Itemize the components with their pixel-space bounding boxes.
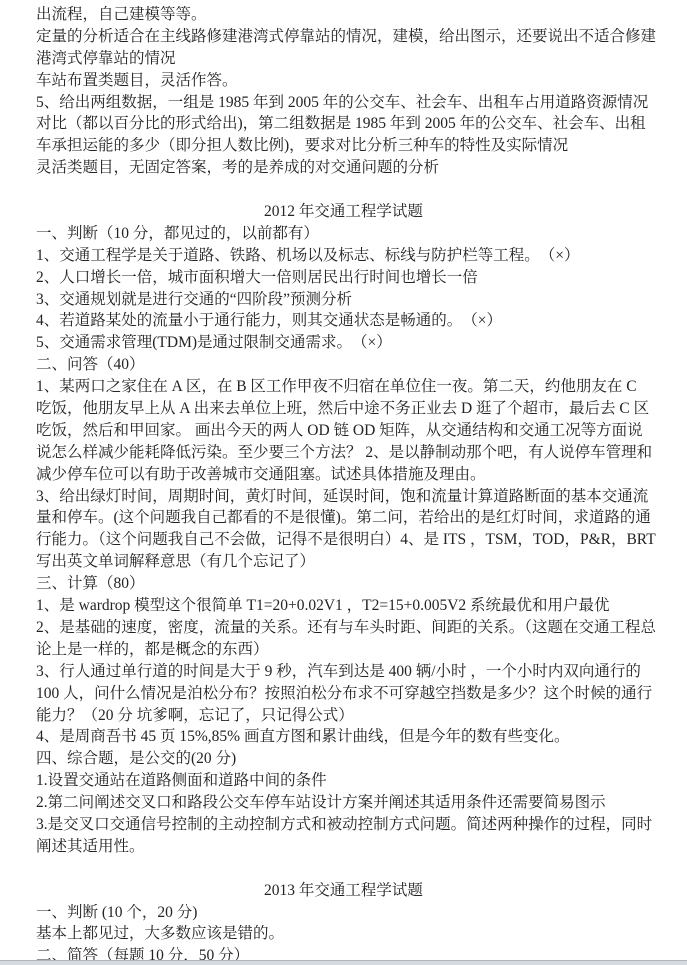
text-line: 量和停车。(这个问题我自己都看的不是很懂)。第二问，若给出的是红灯时间，求道路的… xyxy=(36,507,673,529)
text-line: 一、判断 (10 个，20 分) xyxy=(36,902,673,924)
text-line: 三、计算（80） xyxy=(36,573,673,595)
exam-title: 2012 年交通工程学试题 xyxy=(36,201,673,223)
text-line: 论上是一样的，都是概念的东西） xyxy=(36,639,673,661)
text-line: 港湾式停靠站的情况 xyxy=(36,48,673,70)
document-page: 出流程，自己建模等等。定量的分析适合在主线路修建港湾式停靠站的情况，建模，给出图… xyxy=(0,0,687,965)
text-line: 二、简答（每题 10 分，50 分） xyxy=(36,945,673,961)
text-line: 一、判断（10 分，都见过的，以前都有） xyxy=(36,223,673,245)
text-line: 吃饭，他朋友早上从 A 出来去单位上班，然后中途不务正业去 D 逛了个超市，最后… xyxy=(36,398,673,420)
text-line: 基本上都见过，大多数应该是错的。 xyxy=(36,923,673,945)
text-line: 1.设置交通站在道路侧面和道路中间的条件 xyxy=(36,770,673,792)
text-line: 2、是基础的速度，密度，流量的关系。还有与车头时距、间距的关系。（这题在交通工程… xyxy=(36,617,673,639)
text-line: 说怎么样减少能耗降低污染。至少要三个方法？ 2、是以静制动那个吧，有人说停车管理… xyxy=(36,442,673,464)
text-line: 3、交通规划就是进行交通的“四阶段”预测分析 xyxy=(36,289,673,311)
text-line: 写出英文单词解释意思（有几个忘记了） xyxy=(36,551,673,573)
text-line: 灵活类题目，无固定答案，考的是养成的对交通问题的分析 xyxy=(36,157,673,179)
text-line: 定量的分析适合在主线路修建港湾式停靠站的情况，建模，给出图示，还要说出不适合修建 xyxy=(36,26,673,48)
text-line: 车承担运能的多少（即分担人数比例)，要求对比分析三种车的特性及实际情况 xyxy=(36,135,673,157)
document-body: 出流程，自己建模等等。定量的分析适合在主线路修建港湾式停靠站的情况，建模，给出图… xyxy=(0,0,687,961)
text-line: 5、给出两组数据，一组是 1985 年到 2005 年的公交车、社会车、出租车占… xyxy=(36,92,673,114)
text-line: 2、人口增长一倍，城市面积增大一倍则居民出行时间也增长一倍 xyxy=(36,267,673,289)
text-line: 3、给出绿灯时间，周期时间，黄灯时间，延误时间，饱和流量计算道路断面的基本交通流 xyxy=(36,486,673,508)
text-line: 4、若道路某处的流量小于通行能力，则其交通状态是畅通的。 （×） xyxy=(36,310,673,332)
text-line: 1、是 wardrop 模型这个很简单 T1=20+0.02V1 ，T2=15+… xyxy=(36,595,673,617)
text-line: 1、交通工程学是关于道路、铁路、机场以及标志、标线与防护栏等工程。 （×） xyxy=(36,245,673,267)
text-line: 100 人，问什么情况是泊松分布？按照泊松分布求不可穿越空挡数是多少？这个时候的… xyxy=(36,683,673,705)
text-line: 4、是周商吾书 45 页 15%,85% 画直方图和累计曲线，但是今年的数有些变… xyxy=(36,726,673,748)
text-line: 能力？（20 分 坑爹啊，忘记了，只记得公式） xyxy=(36,705,673,727)
text-line: 车站布置类题目，灵活作答。 xyxy=(36,70,673,92)
text-line: 阐述其适用性。 xyxy=(36,836,673,858)
text-line: 3、行人通过单行道的时间是大于 9 秒，汽车到达是 400 辆/小时 ，一个小时… xyxy=(36,661,673,683)
window-edge-strip xyxy=(0,960,687,965)
text-line: 四、综合题，是公交的(20 分) xyxy=(36,748,673,770)
text-line: 1、某两口之家住在 A 区，在 B 区工作甲夜不归宿在单位住一夜。第二天，约他朋… xyxy=(36,376,673,398)
blank-line xyxy=(36,179,673,201)
text-line: 3.是交叉口交通信号控制的主动控制方式和被动控制方式问题。简述两种操作的过程，同… xyxy=(36,814,673,836)
text-line: 出流程，自己建模等等。 xyxy=(36,4,673,26)
text-line: 吃饭，然后和甲回家。 画出今天的两人 OD 链 OD 矩阵，从交通结构和交通工况… xyxy=(36,420,673,442)
text-line: 对比（都以百分比的形式给出)，第二组数据是 1985 年到 2005 年的公交车… xyxy=(36,113,673,135)
blank-line xyxy=(36,858,673,880)
text-line: 5、交通需求管理(TDM)是通过限制交通需求。 （×） xyxy=(36,332,673,354)
exam-title: 2013 年交通工程学试题 xyxy=(36,880,673,902)
text-line: 2.第二问阐述交叉口和路段公交车停车站设计方案并阐述其适用条件还需要简易图示 xyxy=(36,792,673,814)
text-line: 二、问答（40） xyxy=(36,354,673,376)
text-line: 行能力。（这个问题我自己不会做，记得不是很明白）4、是 ITS ，TSM，TOD… xyxy=(36,529,673,551)
text-line: 减少停车位可以有助于改善城市交通阻塞。试述具体措施及理由。 xyxy=(36,464,673,486)
